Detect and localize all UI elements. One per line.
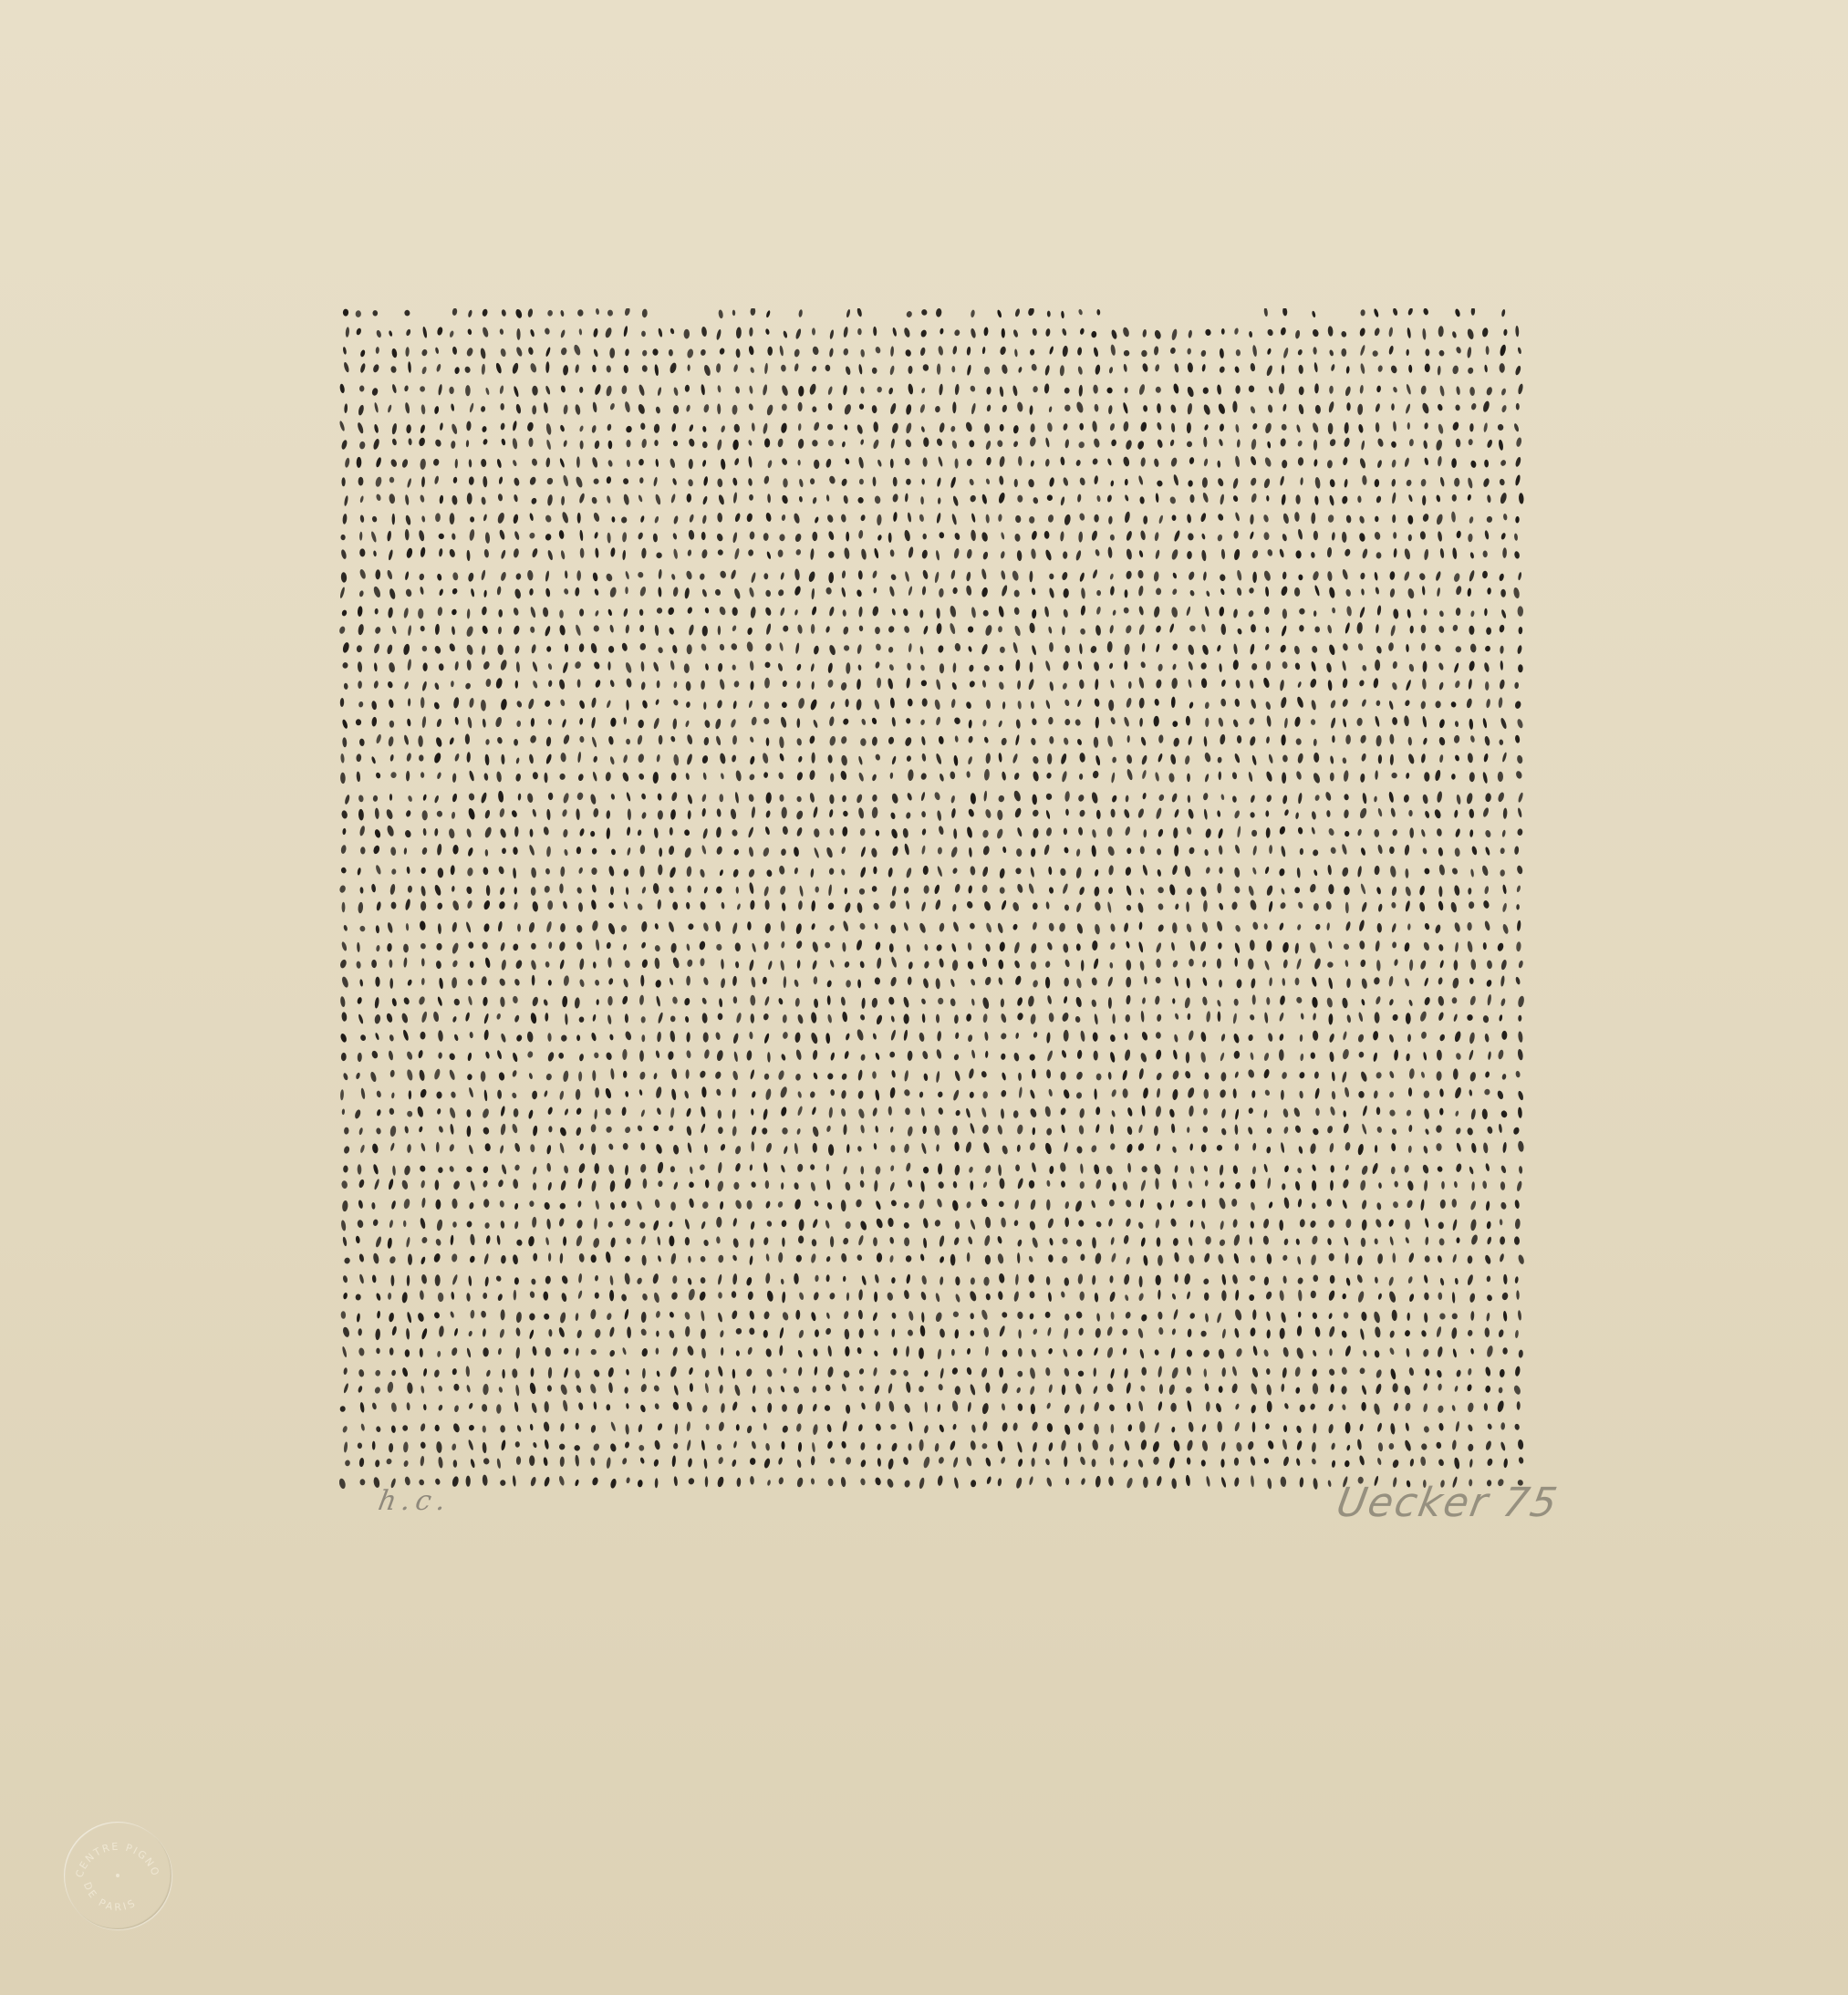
paper-sheet: h.c. Uecker 75 CENTRE PIGNOL DE PARIS bbox=[0, 0, 1848, 1995]
artist-signature: Uecker 75 bbox=[1334, 1480, 1562, 1526]
edition-mark: h.c. bbox=[376, 1485, 453, 1517]
svg-text:DE PARIS: DE PARIS bbox=[81, 1880, 140, 1913]
dot-pattern bbox=[339, 308, 1525, 1490]
blind-stamp-icon: CENTRE PIGNOL DE PARIS bbox=[64, 1822, 171, 1929]
dot-field-print bbox=[339, 308, 1525, 1490]
stamp-text-top: CENTRE PIGNOL bbox=[64, 1822, 162, 1879]
stamp-text-bottom: DE PARIS bbox=[81, 1880, 140, 1913]
svg-text:CENTRE PIGNOL: CENTRE PIGNOL bbox=[64, 1822, 162, 1879]
